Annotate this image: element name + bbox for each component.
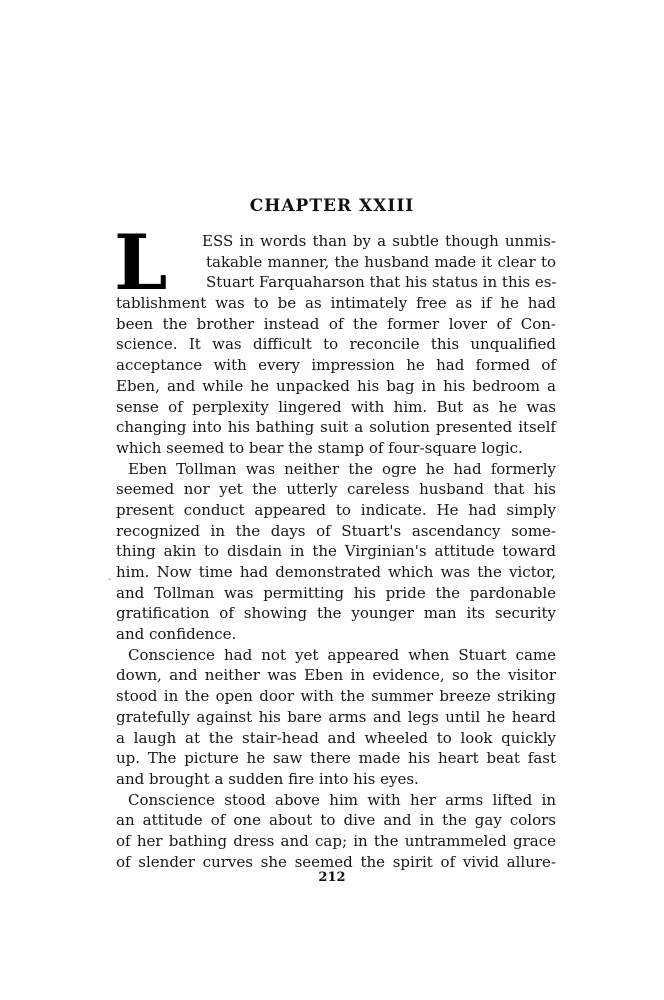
text-line: him. Now time had demonstrated which was…: [116, 562, 556, 583]
text-line: gratefully against his bare arms and leg…: [116, 707, 556, 728]
page-number: 212: [0, 870, 664, 885]
text-line: a laugh at the stair-head and wheeled to…: [116, 728, 556, 749]
text-line: seemed nor yet the utterly careless husb…: [116, 479, 556, 500]
text-line: Conscience had not yet appeared when Stu…: [116, 645, 556, 666]
text-line: Eben, and while he unpacked his bag in h…: [116, 376, 556, 397]
paragraph: Eben Tollman was neither the ogre he had…: [116, 459, 556, 645]
text-line: of her bathing dress and cap; in the unt…: [116, 831, 556, 852]
chapter-body: ESS in words than by a subtle though unm…: [116, 231, 556, 872]
text-line: down, and neither was Eben in evidence, …: [116, 665, 556, 686]
text-line: tablishment was to be as intimately free…: [116, 293, 556, 314]
text-line: Stuart Farquaharson that his status in t…: [116, 272, 556, 293]
margin-mark: -: [108, 574, 111, 585]
paragraph: ESS in words than by a subtle though unm…: [116, 231, 556, 459]
text-line: and brought a sudden fire into his eyes.: [116, 769, 556, 790]
text-line: science. It was difficult to reconcile t…: [116, 334, 556, 355]
text-line: present conduct appeared to indicate. He…: [116, 500, 556, 521]
text-line: gratification of showing the younger man…: [116, 603, 556, 624]
text-line: thing akin to disdain in the Virginian's…: [116, 541, 556, 562]
book-page: CHAPTER XXIII L - ESS in words than by a…: [0, 0, 664, 1000]
text-line: and Tollman was permitting his pride the…: [116, 583, 556, 604]
text-line: stood in the open door with the summer b…: [116, 686, 556, 707]
text-line: been the brother instead of the former l…: [116, 314, 556, 335]
text-line: acceptance with every impression he had …: [116, 355, 556, 376]
text-line: Eben Tollman was neither the ogre he had…: [116, 459, 556, 480]
paragraph: Conscience had not yet appeared when Stu…: [116, 645, 556, 790]
text-line: sense of perplexity lingered with him. B…: [116, 397, 556, 418]
text-line: changing into his bathing suit a solutio…: [116, 417, 556, 438]
text-line: an attitude of one about to dive and in …: [116, 810, 556, 831]
text-line: which seemed to bear the stamp of four-s…: [116, 438, 556, 459]
text-line: Conscience stood above him with her arms…: [116, 790, 556, 811]
text-line: takable manner, the husband made it clea…: [116, 252, 556, 273]
chapter-title: CHAPTER XXIII: [0, 196, 664, 216]
text-line: ESS in words than by a subtle though unm…: [116, 231, 556, 252]
text-line: and confidence.: [116, 624, 556, 645]
text-line: recognized in the days of Stuart's ascen…: [116, 521, 556, 542]
text-line: up. The picture he saw there made his he…: [116, 748, 556, 769]
paragraph: Conscience stood above him with her arms…: [116, 790, 556, 873]
